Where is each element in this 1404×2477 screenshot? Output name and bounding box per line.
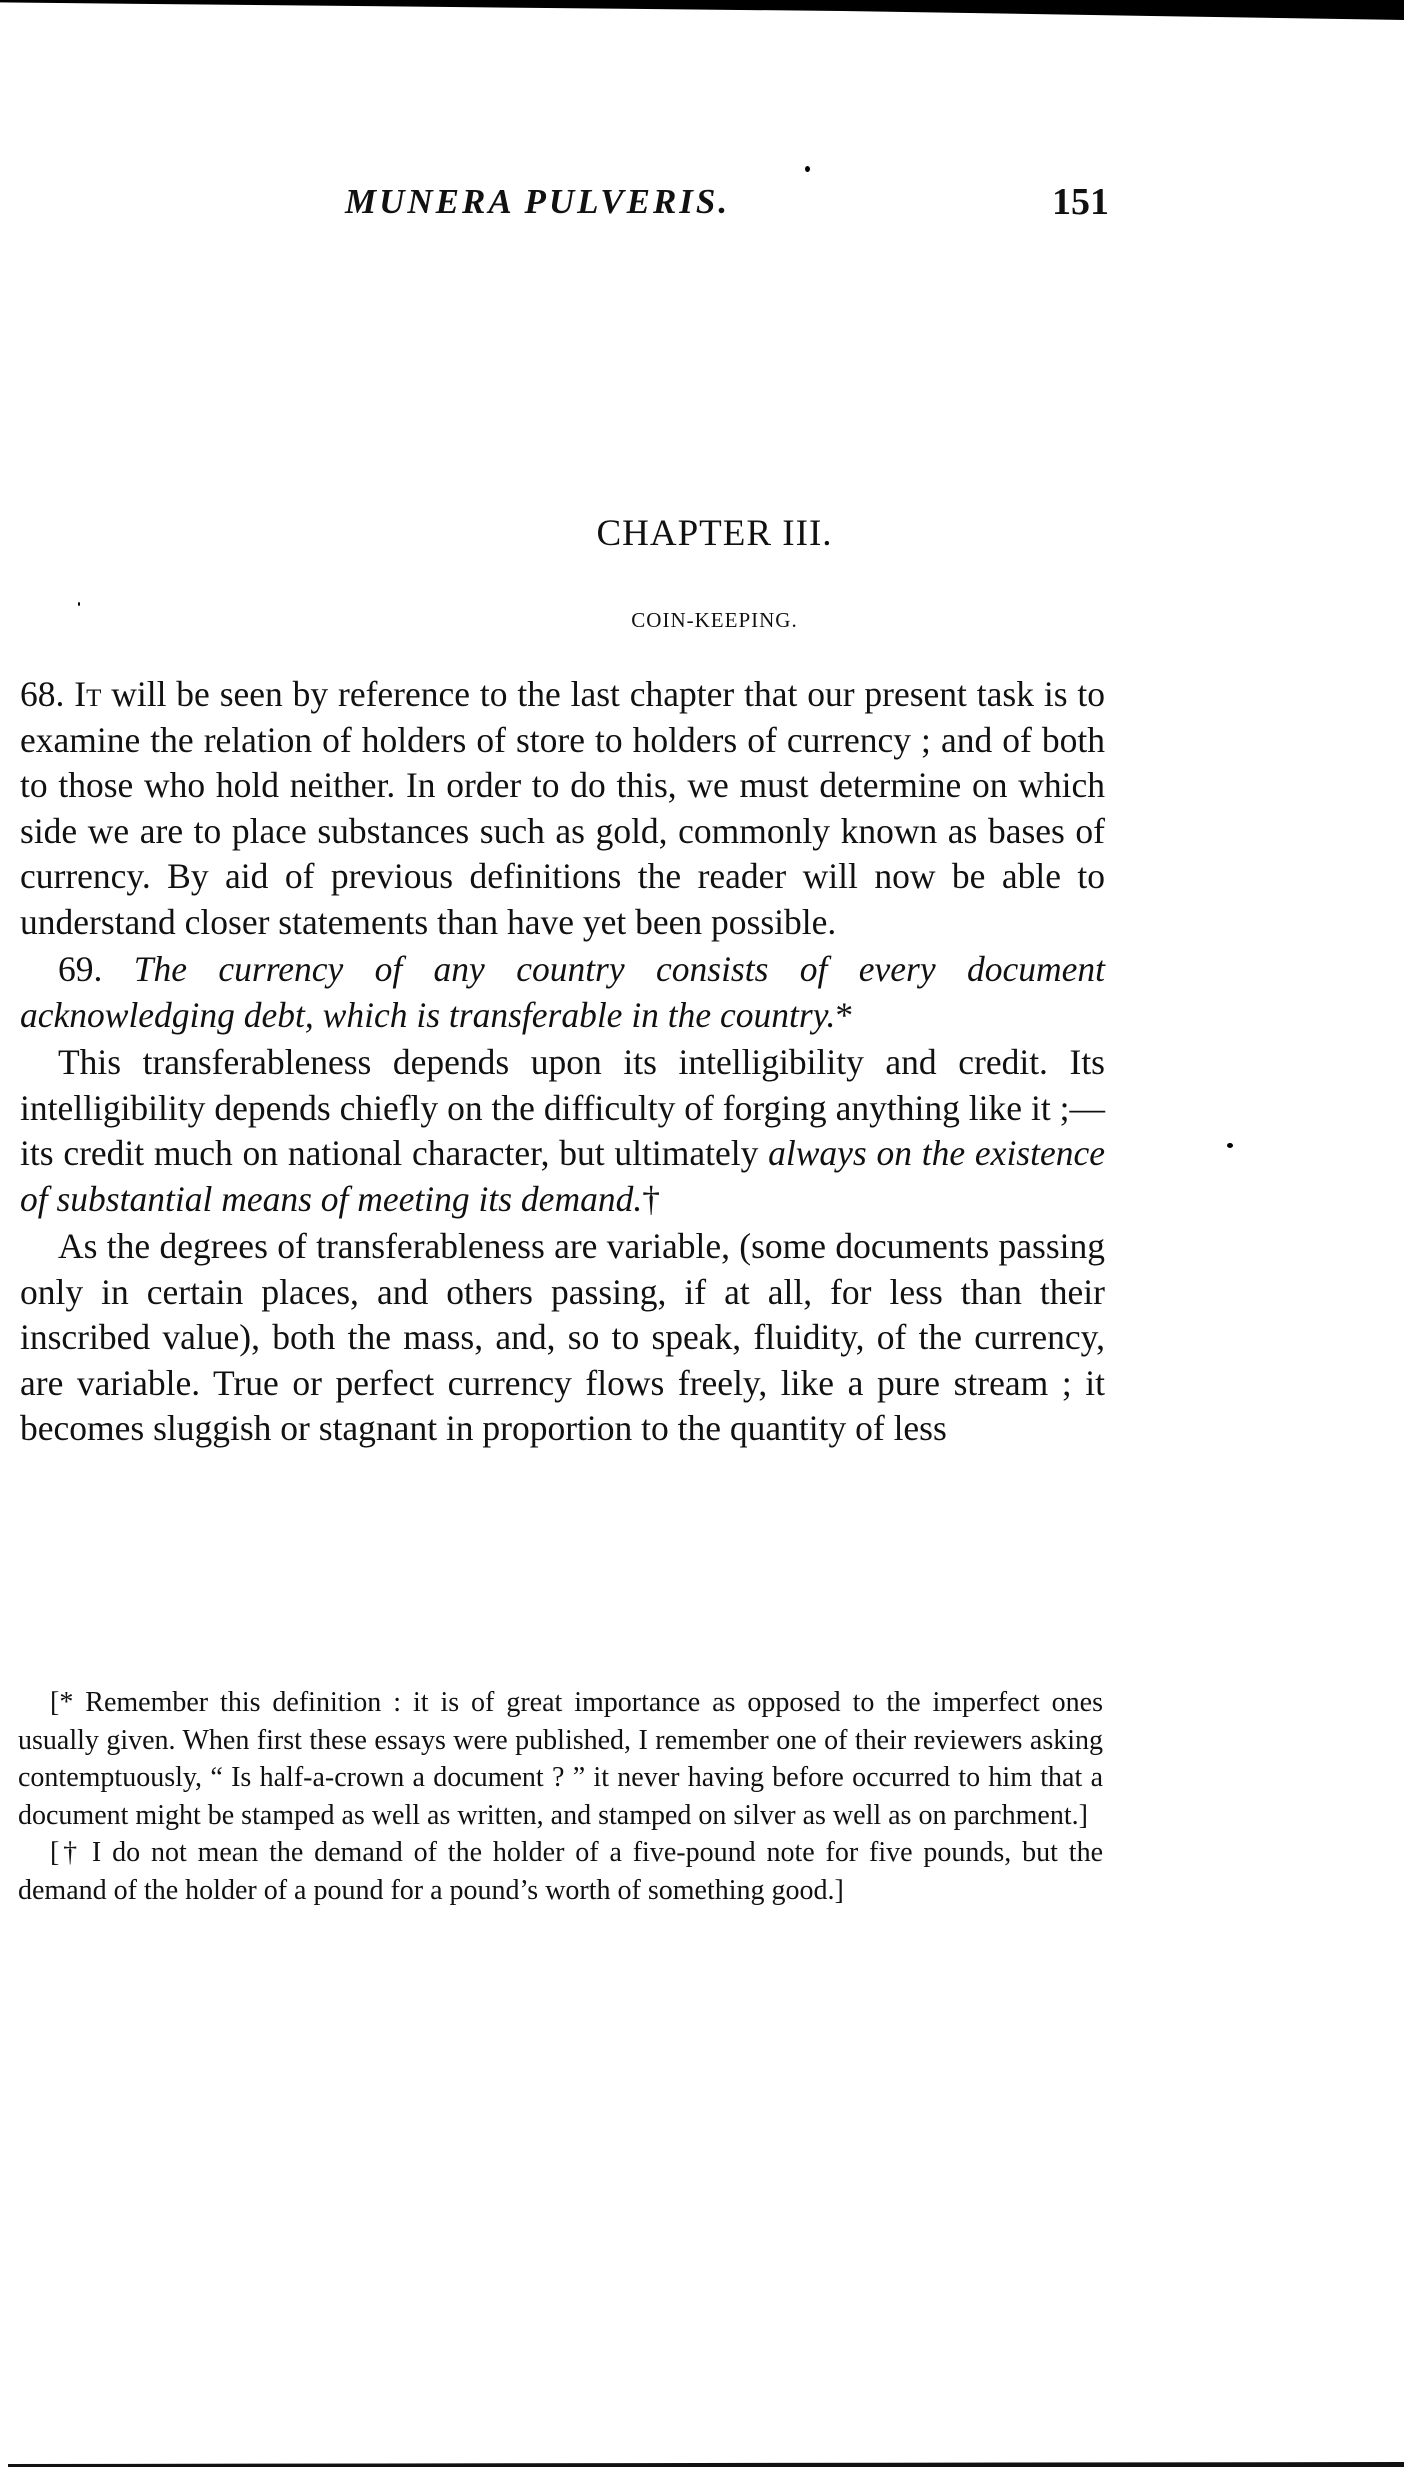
footnote-text: I do not mean the demand of the holder o…: [18, 1837, 1103, 1906]
paragraph-68: 68. It will be seen by reference to the …: [20, 672, 1105, 945]
body-text: 68. It will be seen by reference to the …: [20, 672, 1105, 1452]
footnote-marker: [†: [50, 1837, 81, 1868]
chapter-title: CHAPTER III.: [0, 512, 1404, 555]
paragraph-69: 69. The currency of any country consists…: [20, 947, 1105, 1038]
paragraph-text: will be seen by reference to the last ch…: [20, 674, 1105, 942]
scan-speck: [805, 166, 810, 172]
footnote-mark: *: [835, 995, 853, 1035]
definition-text: The currency of any country consists of …: [20, 949, 1105, 1035]
running-head: MUNERA PULVERIS.: [345, 182, 730, 222]
scan-bottom-edge: [8, 2462, 1404, 2467]
paragraph-number: 69.: [58, 949, 102, 989]
footnote-asterisk: [* Remember this definition : it is of g…: [18, 1684, 1103, 1834]
scan-top-edge: [0, 0, 1404, 20]
page-number: 151: [1052, 180, 1109, 224]
footnotes: [* Remember this definition : it is of g…: [18, 1684, 1103, 1909]
paragraph-transferableness: This transferableness depends upon its i…: [20, 1040, 1105, 1222]
footnote-mark: †: [642, 1179, 660, 1219]
scan-speck: [1227, 1143, 1233, 1148]
paragraph-number: 68.: [20, 674, 64, 714]
footnote-text: Remember this definition : it is of grea…: [18, 1687, 1103, 1831]
footnote-dagger: [† I do not mean the demand of the holde…: [18, 1834, 1103, 1909]
chapter-subtitle: COIN-KEEPING.: [0, 608, 1404, 633]
paragraph-text: As the degrees of transferableness are v…: [20, 1226, 1105, 1448]
scan-speck: [78, 602, 80, 606]
paragraph-degrees: As the degrees of transferableness are v…: [20, 1224, 1105, 1452]
lead-word: It: [74, 674, 101, 714]
footnote-marker: [*: [50, 1687, 73, 1718]
